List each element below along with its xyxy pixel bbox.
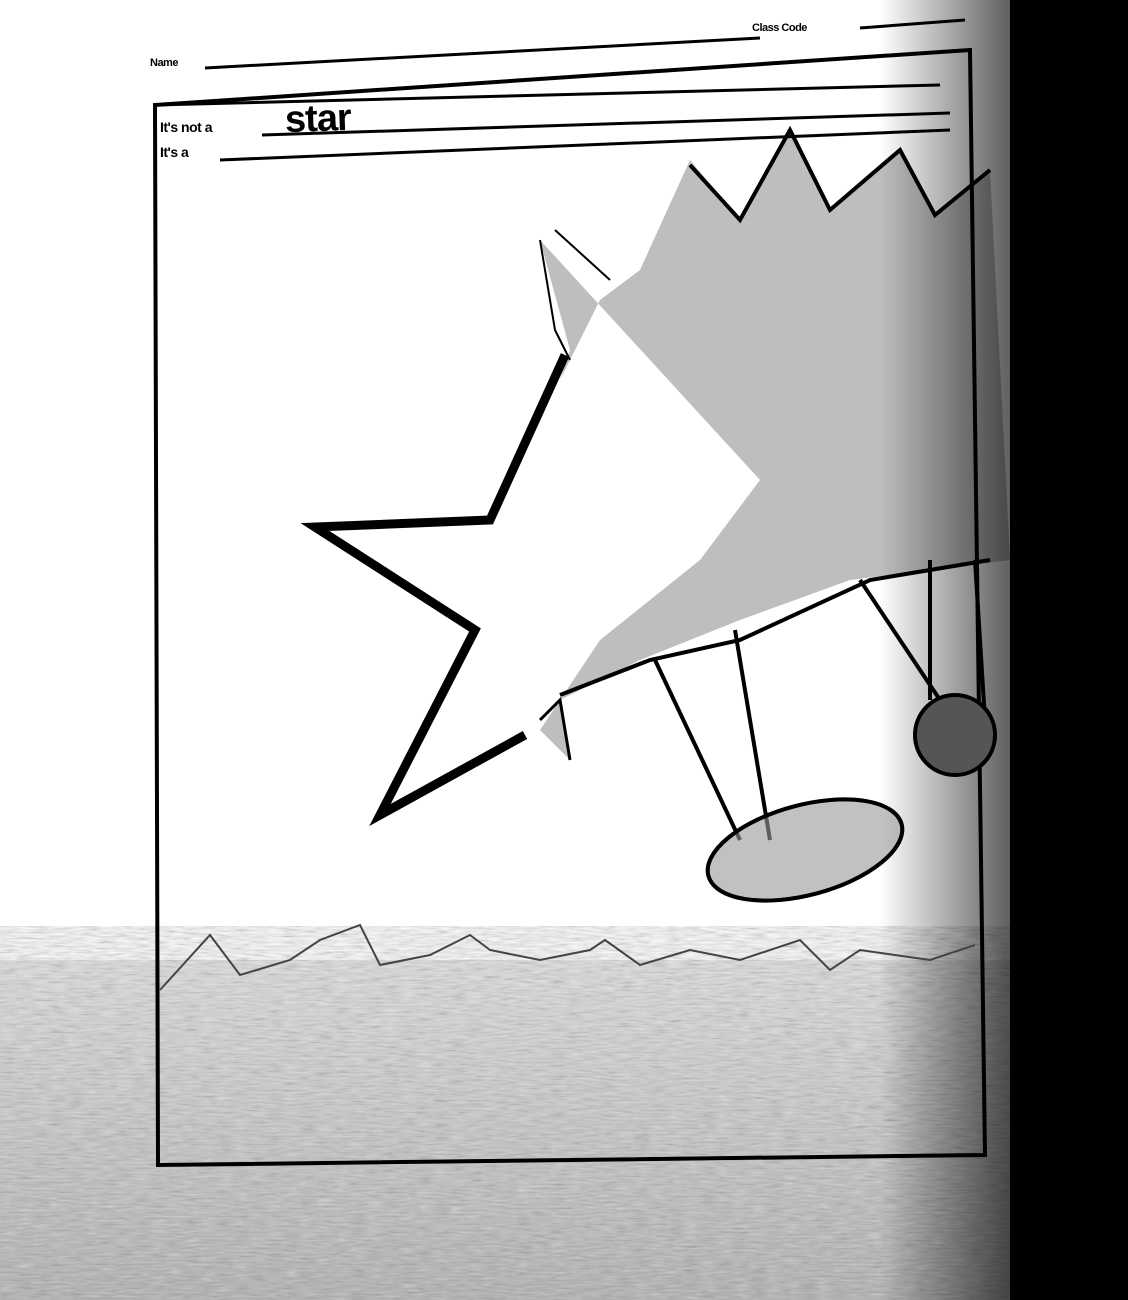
worksheet-photo: Name Class Code It's not a star It's a — [0, 0, 1128, 1300]
star-drawing — [315, 355, 565, 815]
class-code-label: Class Code — [752, 22, 807, 34]
answer-not-field[interactable]: star — [284, 97, 351, 142]
name-label: Name — [150, 57, 178, 69]
prompt-not-label: It's not a — [160, 119, 212, 135]
drawing-canvas — [0, 0, 1128, 1300]
prompt-is-label: It's a — [160, 144, 188, 160]
